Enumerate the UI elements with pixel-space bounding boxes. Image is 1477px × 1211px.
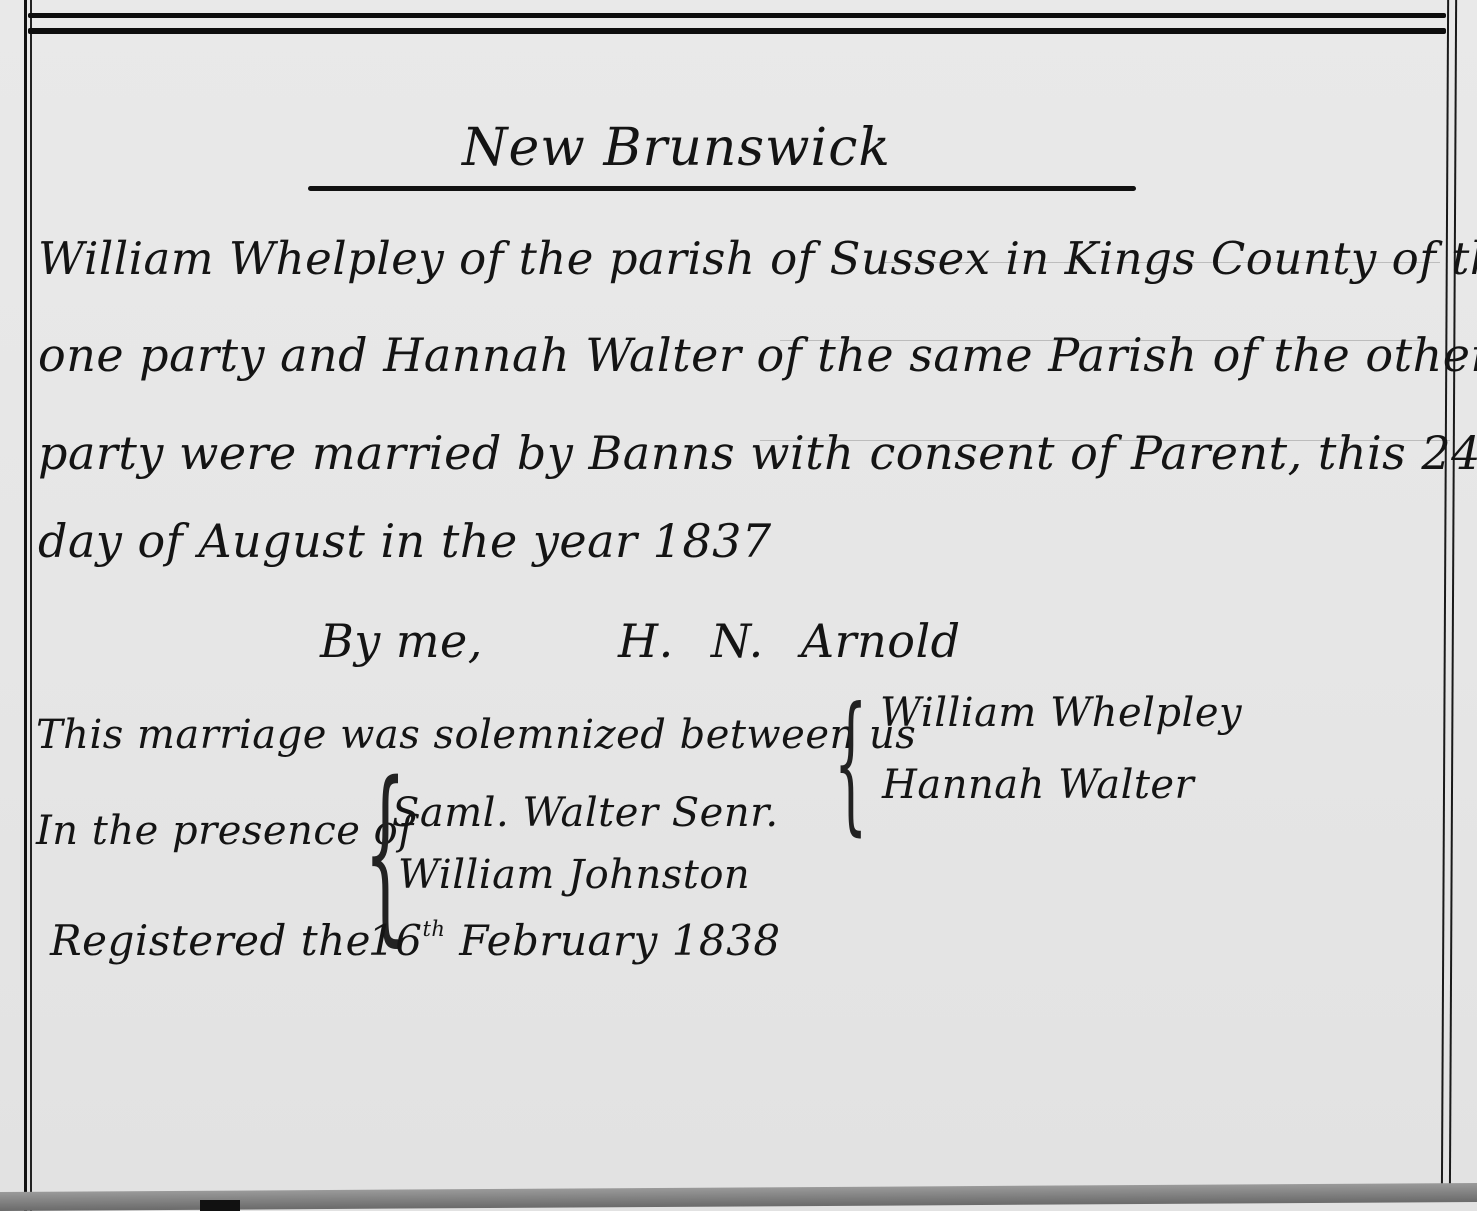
officiant-signature: H. N. Arnold xyxy=(618,614,961,668)
couple-brace: { xyxy=(834,688,867,838)
scan-artifact xyxy=(200,1200,240,1211)
registration-label: Registered the xyxy=(50,916,371,965)
right-margin-rule-inner xyxy=(1441,0,1449,1200)
entry-heading: New Brunswick xyxy=(462,118,891,178)
witness-signature-2: William Johnston xyxy=(398,852,750,898)
registration-day: 16 xyxy=(368,916,422,965)
solemnized-statement: This marriage was solemnized between us xyxy=(36,712,916,758)
registration-month-year: February 1838 xyxy=(459,916,780,965)
top-rule-lower xyxy=(28,28,1446,34)
registration-ordinal: th xyxy=(422,917,445,941)
witness-signature-1: Saml. Walter Senr. xyxy=(392,790,779,836)
left-margin-rule-outer xyxy=(24,0,27,1211)
groom-signature: William Whelpley xyxy=(880,690,1242,736)
heading-underline xyxy=(308,186,1136,191)
top-rule-upper xyxy=(28,13,1446,18)
bride-signature: Hannah Walter xyxy=(882,762,1194,808)
right-margin-rule-outer xyxy=(1449,0,1457,1200)
entry-text-line-2: one party and Hannah Walter of the same … xyxy=(38,328,1477,382)
witness-label: In the presence of xyxy=(36,808,414,854)
register-page: New Brunswick William Whelpley of the pa… xyxy=(0,0,1477,1211)
left-margin-rule-inner xyxy=(30,0,32,1211)
entry-text-line-4: day of August in the year 1837 xyxy=(38,514,772,568)
officiant-prefix: By me, xyxy=(320,614,483,668)
entry-text-line-1: William Whelpley of the parish of Sussex… xyxy=(38,232,1477,285)
registration-date: 16th February 1838 xyxy=(368,916,781,965)
entry-text-line-3: party were married by Banns with consent… xyxy=(38,426,1477,480)
